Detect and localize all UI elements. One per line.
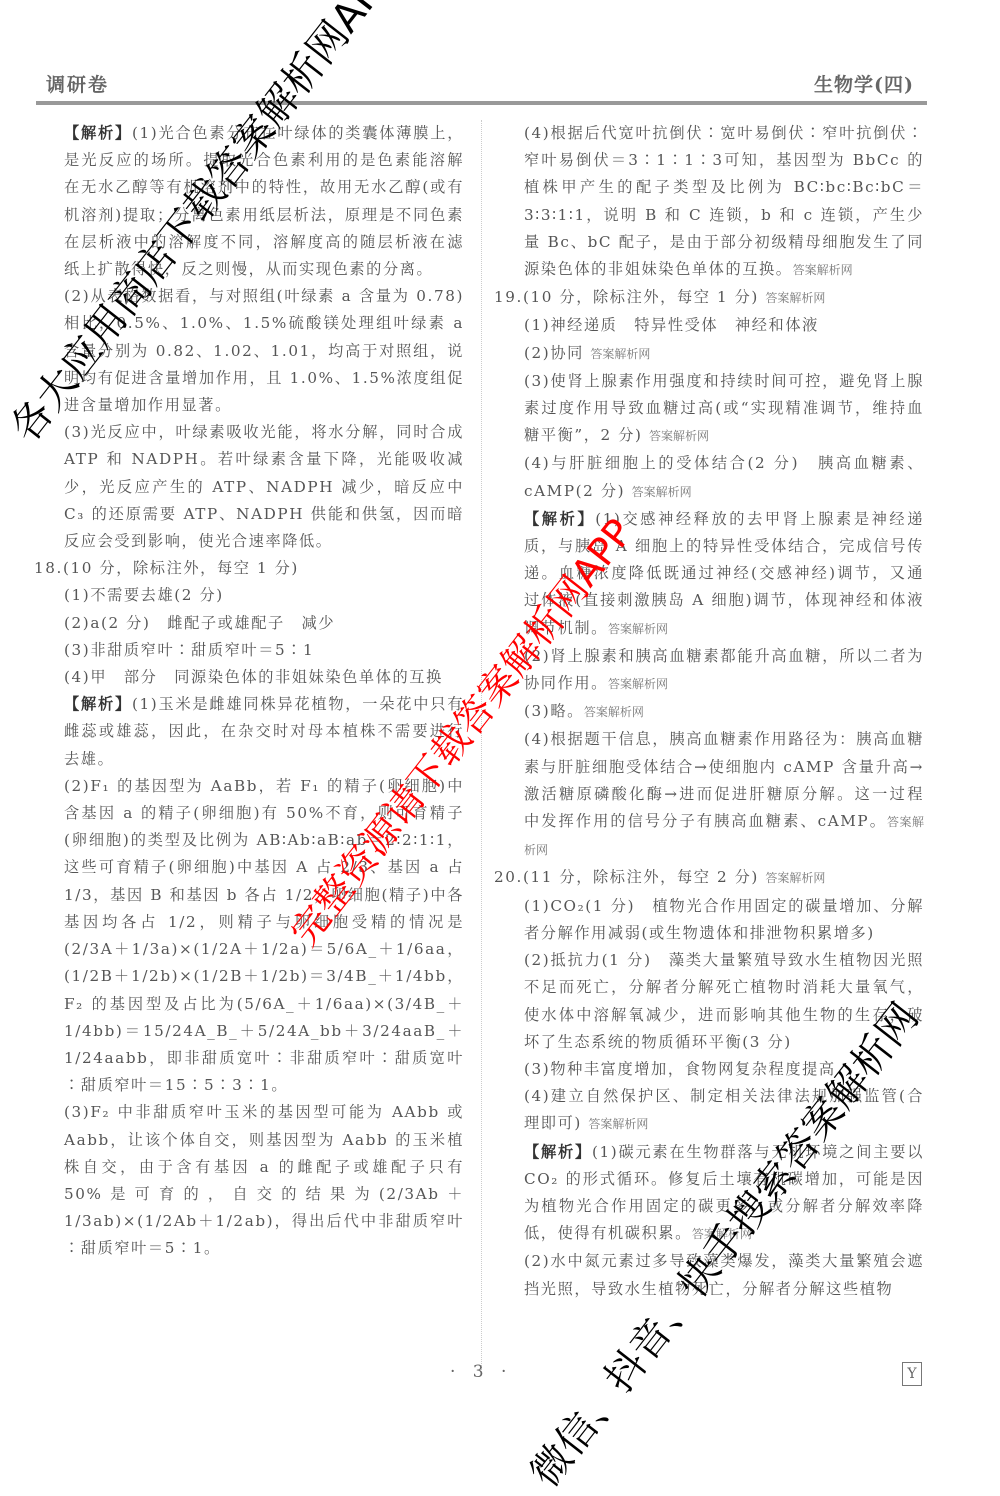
answer-paragraph: (2)从表格数据看，与对照组(叶绿素 a 含量为 0.78)相比，0.5%、1.…	[64, 283, 464, 419]
answer-paragraph: 【解析】(1)交感神经释放的去甲肾上腺素是神经递质，与胰岛 A 细胞上的特异性受…	[524, 506, 924, 643]
answer-paragraph: 【解析】(1)玉米是雌雄同株异花植物，一朵花中只有雌蕊或雄蕊，因此，在杂交时对母…	[64, 691, 464, 773]
inline-watermark: 答案解析网	[765, 871, 825, 885]
inline-watermark: 答案解析网	[632, 485, 692, 499]
paragraph-text: (4)与肝脏细胞上的受体结合(2 分) 胰高血糖素、cAMP(2 分)	[524, 454, 924, 499]
answer-paragraph: (4)与肝脏细胞上的受体结合(2 分) 胰高血糖素、cAMP(2 分) 答案解析…	[524, 450, 924, 505]
header-rule	[36, 101, 927, 105]
right-column: (4)根据后代宽叶抗倒伏∶宽叶易倒伏∶窄叶抗倒伏∶窄叶易倒伏＝3∶1∶1∶3可知…	[524, 120, 924, 1303]
inline-watermark: 答案解析网	[793, 263, 853, 277]
paragraph-text: (1)不需要去雄(2 分)	[64, 586, 224, 604]
answer-paragraph: (3)非甜质窄叶∶甜质窄叶＝5∶1	[64, 637, 464, 664]
inline-watermark: 答案解析网	[590, 347, 650, 361]
paragraph-text: (3)使肾上腺素作用强度和持续时间可控，避免肾上腺素过度作用导致血糖过高(或“实…	[524, 372, 924, 444]
answer-paragraph: (4)根据后代宽叶抗倒伏∶宽叶易倒伏∶窄叶抗倒伏∶窄叶易倒伏＝3∶1∶1∶3可知…	[524, 120, 924, 284]
answer-paragraph: 【解析】(1)碳元素在生物群落与无机环境之间主要以 CO₂ 的形式循环。修复后土…	[524, 1139, 924, 1249]
paragraph-text: (4)根据题干信息，胰高血糖素作用路径为：胰高血糖素与肝脏细胞受体结合→使细胞内…	[524, 730, 924, 830]
answer-paragraph: (3)略。答案解析网	[524, 698, 924, 726]
analysis-tag: 【解析】	[524, 1143, 592, 1161]
question-heading: 19.(10 分，除标注外，每空 1 分) 答案解析网	[494, 284, 924, 312]
paragraph-text: (2)协同	[524, 344, 590, 362]
left-column: 【解析】(1)光合色素分布在叶绿体的类囊体薄膜上，是光反应的场所。提取光合色素利…	[64, 120, 464, 1263]
answer-paragraph: (3)物种丰富度增加，食物网复杂程度提高	[524, 1056, 924, 1083]
page-number: · 3 ·	[450, 1362, 512, 1382]
answer-paragraph: (3)F₂ 中非甜质窄叶玉米的基因型可能为 AAbb 或 Aabb，让该个体自交…	[64, 1099, 464, 1262]
answer-paragraph: (2)抵抗力(1 分) 藻类大量繁殖导致水生植物因光照不足而死亡，分解者分解死亡…	[524, 947, 924, 1056]
paragraph-text: (4)建立自然保护区、制定相关法律法规加强监管(合理即可)	[524, 1087, 924, 1132]
inline-watermark: 答案解析网	[584, 705, 644, 719]
inline-watermark: 答案解析网	[588, 1117, 648, 1131]
header-left-title: 调研卷	[46, 70, 109, 97]
answer-paragraph: (2)肾上腺素和胰高血糖素都能升高血糖，所以二者为协同作用。答案解析网	[524, 643, 924, 698]
answer-paragraph: (2)协同 答案解析网	[524, 340, 924, 368]
answer-paragraph: 【解析】(1)光合色素分布在叶绿体的类囊体薄膜上，是光反应的场所。提取光合色素利…	[64, 120, 464, 283]
inline-watermark: 答案解析网	[649, 429, 709, 443]
inline-watermark: 答案解析网	[765, 291, 825, 305]
answer-paragraph: (4)建立自然保护区、制定相关法律法规加强监管(合理即可) 答案解析网	[524, 1083, 924, 1138]
paragraph-text: (3)略。	[524, 702, 584, 720]
answer-paragraph: (4)甲 部分 同源染色体的非姐妹染色单体的互换	[64, 664, 464, 691]
header-right-title: 生物学(四)	[814, 70, 914, 97]
analysis-tag: 【解析】	[64, 124, 132, 142]
question-heading: 20.(11 分，除标注外，每空 2 分) 答案解析网	[494, 864, 924, 892]
answer-paragraph: (1)不需要去雄(2 分)	[64, 582, 464, 609]
inline-watermark: 答案解析网	[608, 677, 668, 691]
answer-paragraph: (2)a(2 分) 雌配子或雄配子 减少	[64, 610, 464, 637]
answer-paragraph: (3)光反应中，叶绿素吸收光能，将水分解，同时合成 ATP 和 NADPH。若叶…	[64, 419, 464, 555]
paragraph-text: (3)F₂ 中非甜质窄叶玉米的基因型可能为 AAbb 或 Aabb，让该个体自交…	[64, 1103, 464, 1257]
answer-paragraph: (3)使肾上腺素作用强度和持续时间可控，避免肾上腺素过度作用导致血糖过高(或“实…	[524, 368, 924, 451]
answer-paragraph: (1)神经递质 特异性受体 神经和体液	[524, 312, 924, 339]
inline-watermark: 答案解析网	[608, 622, 668, 636]
paragraph-text: (2)从表格数据看，与对照组(叶绿素 a 含量为 0.78)相比，0.5%、1.…	[64, 287, 464, 414]
edition-mark: Y	[902, 1362, 922, 1386]
answer-paragraph: (4)根据题干信息，胰高血糖素作用路径为：胰高血糖素与肝脏细胞受体结合→使细胞内…	[524, 726, 924, 864]
answer-paragraph: (2)F₁ 的基因型为 AaBb，若 F₁ 的精子(卵细胞)中含基因 a 的精子…	[64, 773, 464, 1099]
paragraph-text: (2)抵抗力(1 分) 藻类大量繁殖导致水生植物因光照不足而死亡，分解者分解死亡…	[524, 951, 924, 1051]
paragraph-text: (1)交感神经释放的去甲肾上腺素是神经递质，与胰岛 A 细胞上的特异性受体结合，…	[524, 510, 924, 637]
paragraph-text: (1)光合色素分布在叶绿体的类囊体薄膜上，是光反应的场所。提取光合色素利用的是色…	[64, 124, 464, 278]
paragraph-text: (3)光反应中，叶绿素吸收光能，将水分解，同时合成 ATP 和 NADPH。若叶…	[64, 423, 464, 550]
paragraph-text: (1)CO₂(1 分) 植物光合作用固定的碳量增加、分解者分解作用减弱(或生物遗…	[524, 897, 924, 942]
analysis-tag: 【解析】	[524, 510, 595, 528]
paragraph-text: 18.(10 分，除标注外，每空 1 分)	[34, 559, 299, 577]
paragraph-text: (2)肾上腺素和胰高血糖素都能升高血糖，所以二者为协同作用。	[524, 647, 924, 692]
question-heading: 18.(10 分，除标注外，每空 1 分)	[34, 555, 464, 582]
paragraph-text: (3)非甜质窄叶∶甜质窄叶＝5∶1	[64, 641, 314, 659]
paragraph-text: (2)a(2 分) 雌配子或雄配子 减少	[64, 614, 335, 632]
paragraph-text: (3)物种丰富度增加，食物网复杂程度提高	[524, 1060, 836, 1078]
paragraph-text: (2)F₁ 的基因型为 AaBb，若 F₁ 的精子(卵细胞)中含基因 a 的精子…	[64, 777, 464, 1094]
column-divider	[481, 120, 482, 1370]
paragraph-text: 20.(11 分，除标注外，每空 2 分)	[494, 868, 765, 886]
answer-paragraph: (2)水中氮元素过多导致藻类爆发，藻类大量繁殖会遮挡光照，导致水生植物死亡，分解…	[524, 1248, 924, 1302]
paragraph-text: 19.(10 分，除标注外，每空 1 分)	[494, 288, 765, 306]
paragraph-text: (4)根据后代宽叶抗倒伏∶宽叶易倒伏∶窄叶抗倒伏∶窄叶易倒伏＝3∶1∶1∶3可知…	[524, 124, 924, 278]
paragraph-text: (2)水中氮元素过多导致藻类爆发，藻类大量繁殖会遮挡光照，导致水生植物死亡，分解…	[524, 1252, 924, 1297]
analysis-tag: 【解析】	[64, 695, 132, 713]
answer-paragraph: (1)CO₂(1 分) 植物光合作用固定的碳量增加、分解者分解作用减弱(或生物遗…	[524, 893, 924, 947]
paragraph-text: (1)神经递质 特异性受体 神经和体液	[524, 316, 819, 334]
paragraph-text: (4)甲 部分 同源染色体的非姐妹染色单体的互换	[64, 668, 443, 686]
inline-watermark: 答案解析网	[692, 1227, 752, 1241]
